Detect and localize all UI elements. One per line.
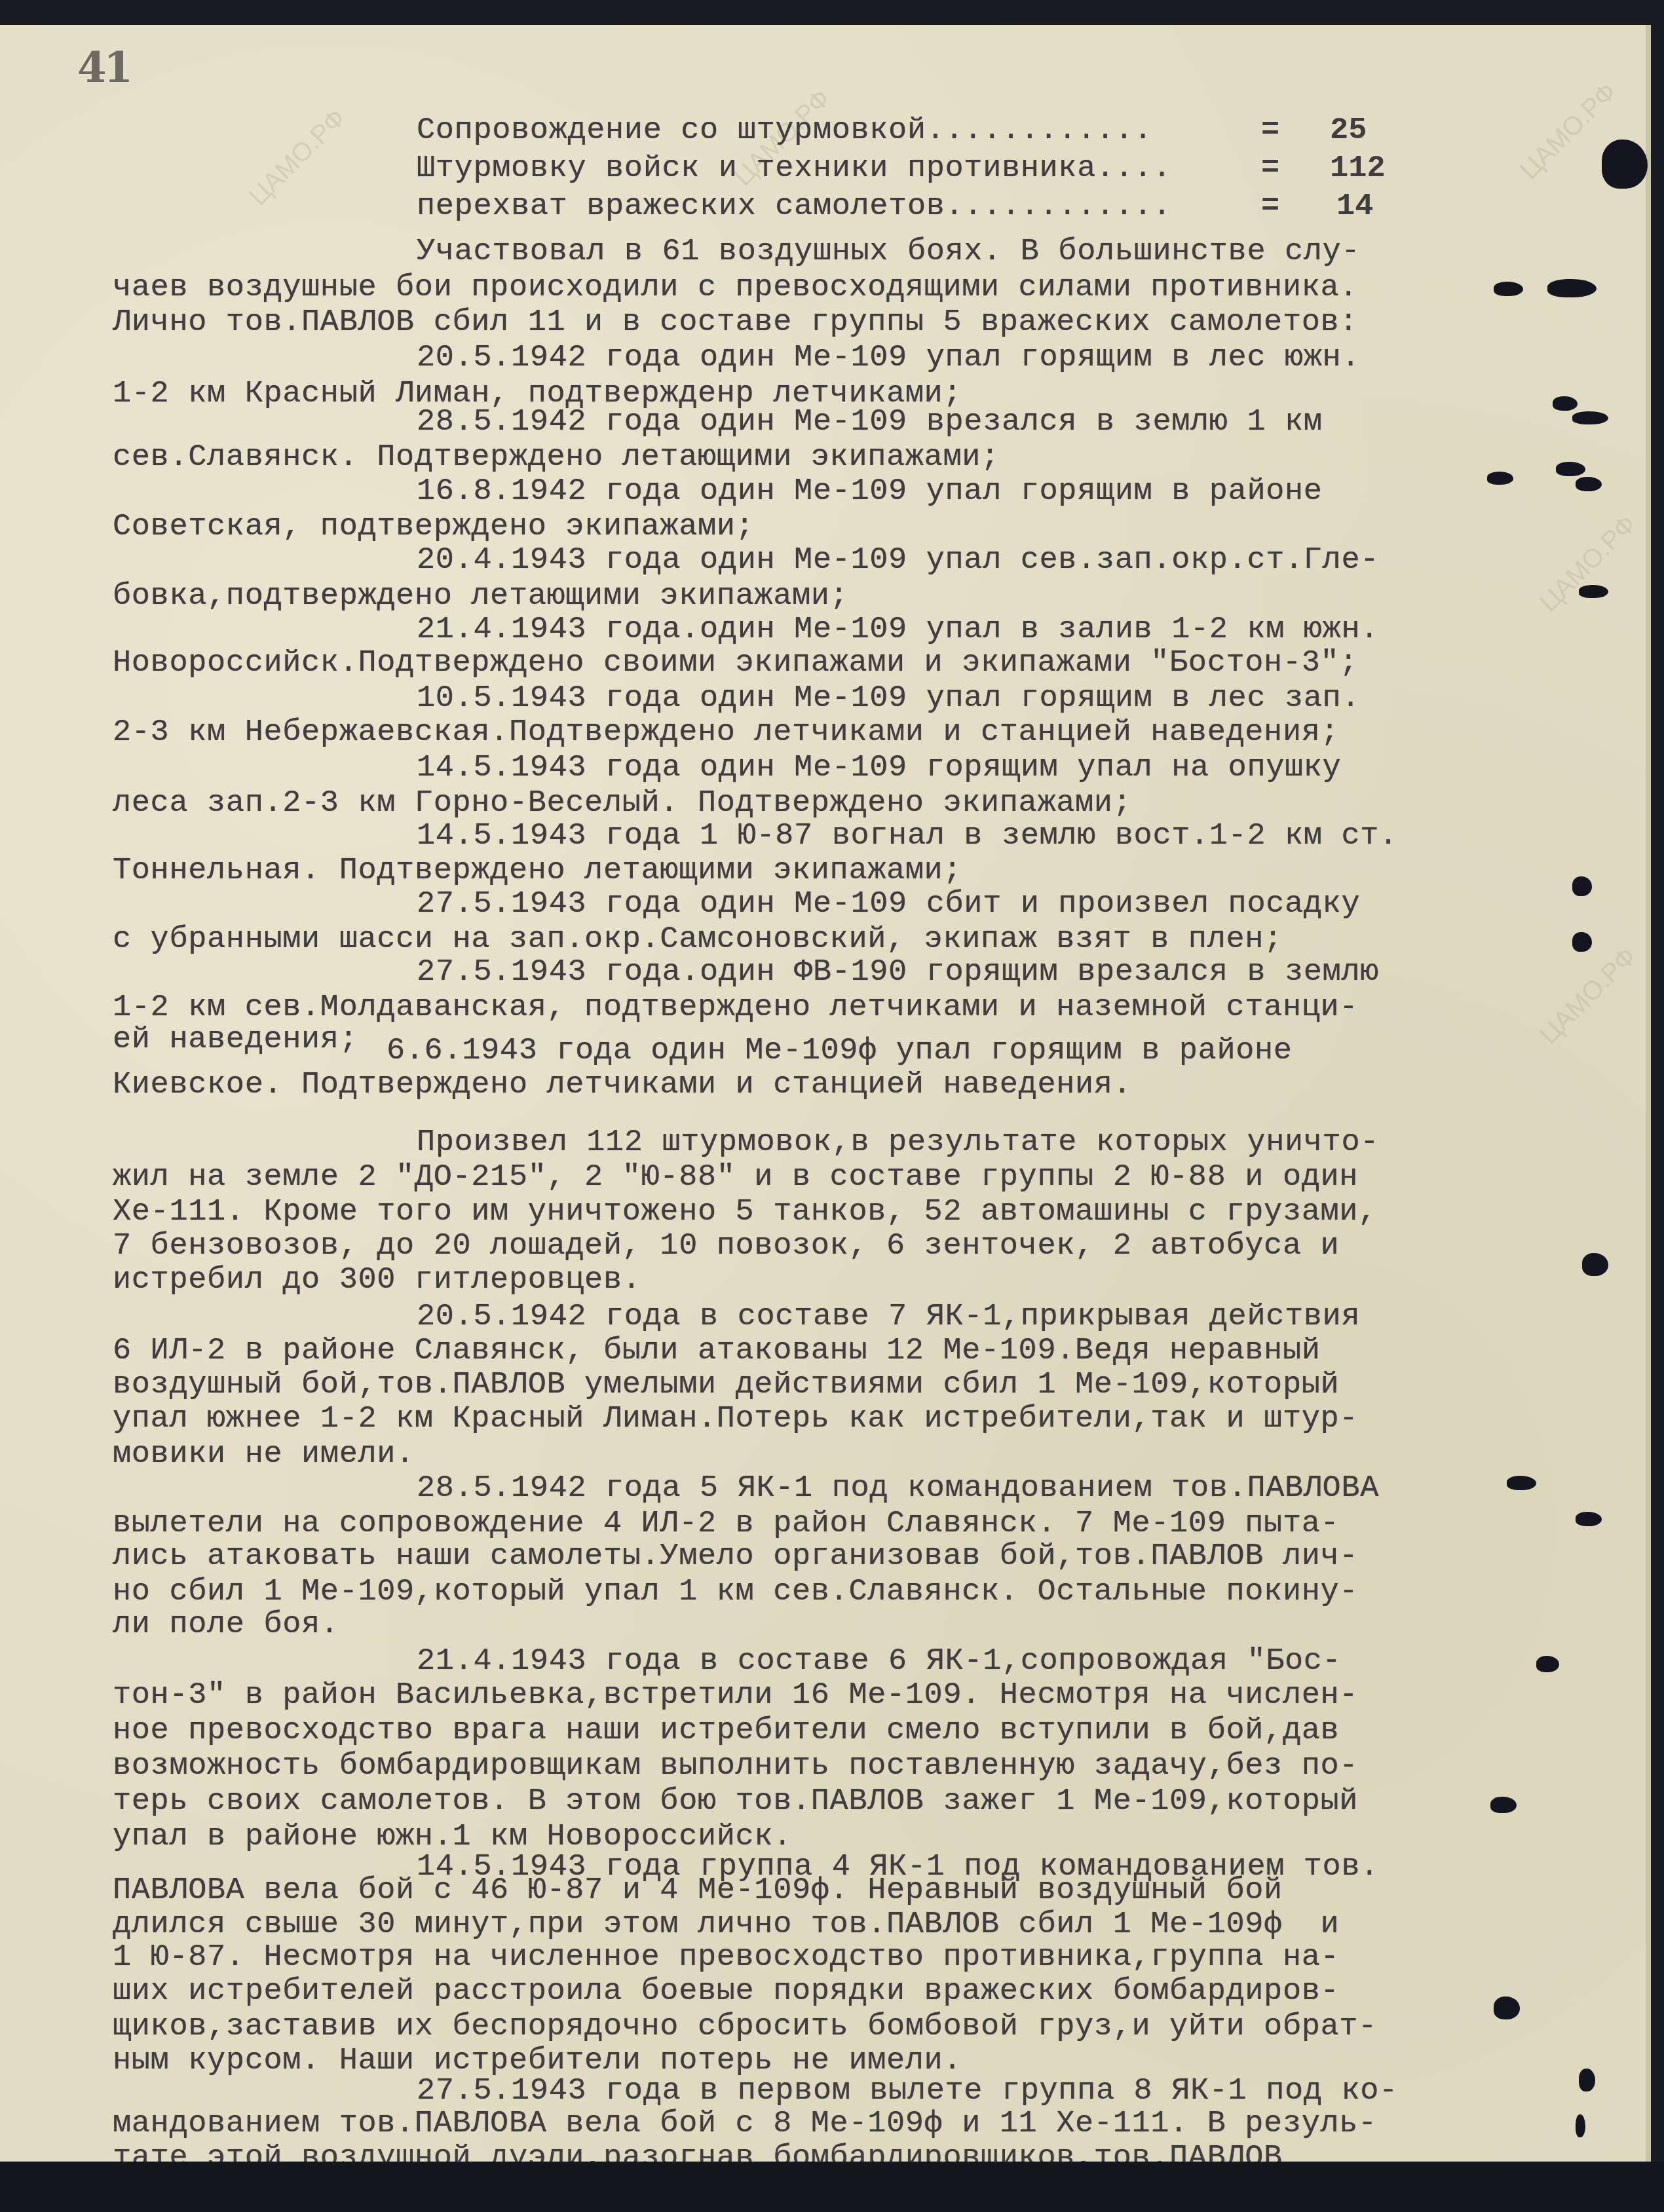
text-line: Хе-111. Кроме того им уничтожено 5 танко… <box>113 1195 1377 1229</box>
text-line: Киевское. Подтверждено летчиками и станц… <box>113 1068 1131 1102</box>
punch-hole <box>1582 1253 1608 1276</box>
text-line: 14.5.1943 года 1 Ю-87 вогнал в землю вос… <box>417 819 1398 853</box>
text-line: 20.4.1943 года один Ме-109 упал сев.зап.… <box>417 543 1379 578</box>
scan-background <box>0 2162 1664 2212</box>
text-line: лись атаковать наши самолеты.Умело орган… <box>113 1539 1358 1574</box>
text-line: щиков,заставив их беспорядочно сбросить … <box>113 2010 1377 2044</box>
page-number: 41 <box>77 43 130 92</box>
text-line: ПАВЛОВА вела бой с 46 Ю-87 и 4 Ме-109ф. … <box>113 1873 1283 1908</box>
punch-hole <box>1507 1476 1536 1490</box>
watermark: ЦАМО.РФ <box>244 103 352 212</box>
text-line: 20.5.1942 года один Ме-109 упал горящим … <box>417 341 1360 375</box>
text-line: 10.5.1943 года один Ме-109 упал горящим … <box>417 681 1360 716</box>
stat-eq: = <box>1261 189 1279 224</box>
text-line: ших истребителей расстроила боевые поряд… <box>113 1974 1339 2009</box>
text-line: истребил до 300 гитлеровцев. <box>113 1263 641 1298</box>
stat-value: 25 <box>1330 113 1367 148</box>
punch-hole <box>1572 876 1592 896</box>
punch-hole <box>1602 140 1648 189</box>
watermark: ЦАМО.РФ <box>1534 510 1642 618</box>
document-page: 41 ЦАМО.РФ ЦАМО.РФ ЦАМО.РФ ЦАМО.РФ ЦАМО.… <box>0 25 1651 2173</box>
text-line: упал южнее 1-2 км Красный Лиман.Потерь к… <box>113 1402 1358 1436</box>
text-line: Советская, подтверждено экипажами; <box>113 510 754 544</box>
text-line: 27.5.1943 года в первом вылете группа 8 … <box>417 2074 1398 2109</box>
text-line: Новороссийск.Подтверждено своими экипажа… <box>113 646 1358 681</box>
text-line: леса зап.2-3 км Горно-Веселый. Подтвержд… <box>113 786 1131 821</box>
text-line: ли поле боя. <box>113 1607 339 1642</box>
punch-hole <box>1490 1797 1517 1813</box>
stat-label: Штурмовку войск и техники противника.... <box>417 151 1171 186</box>
text-line: Тоннельная. Подтверждено летающими экипа… <box>113 853 962 888</box>
text-line: 14.5.1943 года один Ме-109 горящим упал … <box>417 751 1341 785</box>
text-line: 6.6.1943 года один Ме-109ф упал горящим … <box>387 1034 1293 1068</box>
text-line: чаев воздушные бои происходили с превосх… <box>113 271 1358 305</box>
text-line: воздушный бой,тов.ПАВЛОВ умелыми действи… <box>113 1368 1339 1402</box>
stat-eq: = <box>1261 113 1279 148</box>
text-line: 16.8.1942 года один Ме-109 упал горящим … <box>417 474 1323 509</box>
text-line: 28.5.1942 года один Ме-109 врезался в зе… <box>417 405 1323 440</box>
text-line: вылетели на сопровождение 4 ИЛ-2 в район… <box>113 1507 1339 1541</box>
text-line: Произвел 112 штурмовок,в результате кото… <box>417 1125 1379 1160</box>
punch-hole <box>1547 279 1597 297</box>
text-line: 2-3 км Небержаевская.Подтверждено летчик… <box>113 715 1339 750</box>
text-line: с убранными шасси на зап.окр.Самсоновски… <box>113 922 1283 957</box>
punch-hole <box>1579 2069 1595 2091</box>
stat-value: 14 <box>1336 189 1373 224</box>
text-line: мандованием тов.ПАВЛОВА вела бой с 8 Ме-… <box>113 2107 1377 2141</box>
stat-eq: = <box>1261 151 1279 186</box>
punch-hole <box>1576 2114 1585 2137</box>
punch-hole <box>1572 411 1608 424</box>
text-line: мовики не имели. <box>113 1437 415 1472</box>
text-line: тон-3" в район Васильевка,встретили 16 М… <box>113 1678 1358 1713</box>
text-line: Лично тов.ПАВЛОВ сбил 11 и в составе гру… <box>113 305 1358 340</box>
text-line: 6 ИЛ-2 в районе Славянск, были атакованы… <box>113 1334 1321 1368</box>
punch-hole <box>1576 477 1602 491</box>
text-line: 28.5.1942 года 5 ЯК-1 под командованием … <box>417 1471 1379 1506</box>
text-line: жил на земле 2 "ДО-215", 2 "Ю-88" и в со… <box>113 1160 1358 1195</box>
stat-value: 112 <box>1330 151 1386 186</box>
punch-hole <box>1536 1656 1559 1672</box>
text-line: 27.5.1943 года один Ме-109 сбит и произв… <box>417 887 1360 922</box>
text-line: 1-2 км сев.Молдаванская, подтверждено ле… <box>113 990 1358 1025</box>
text-line: 21.4.1943 года.один Ме-109 упал в залив … <box>417 612 1379 647</box>
text-line: возможность бомбардировщикам выполнить п… <box>113 1749 1358 1784</box>
punch-hole <box>1494 282 1523 296</box>
punch-hole <box>1556 462 1585 476</box>
text-line: но сбил 1 Ме-109,который упал 1 км сев.С… <box>113 1575 1358 1609</box>
punch-hole <box>1579 585 1608 598</box>
watermark: ЦАМО.РФ <box>1534 942 1642 1050</box>
text-line: 1 Ю-87. Несмотря на численное превосходс… <box>113 1940 1339 1975</box>
punch-hole <box>1553 396 1578 411</box>
punch-hole <box>1576 1512 1602 1526</box>
text-line: терь своих самолетов. В этом бою тов.ПАВ… <box>113 1784 1358 1819</box>
text-line: бовка,подтверждено летающими экипажами; <box>113 579 848 614</box>
text-line: длился свыше 30 минут,при этом лично тов… <box>113 1907 1339 1942</box>
text-line: ей наведения; <box>113 1022 358 1057</box>
text-line: 21.4.1943 года в составе 6 ЯК-1,сопровож… <box>417 1644 1341 1679</box>
text-line: ное превосходство врага наши истребители… <box>113 1714 1339 1748</box>
punch-hole <box>1572 932 1592 952</box>
punch-hole <box>1494 1996 1520 2019</box>
punch-hole <box>1487 472 1513 485</box>
stat-label: перехват вражеских самолетов............ <box>417 189 1171 224</box>
text-line: 7 бензовозов, до 20 лошадей, 10 повозок,… <box>113 1229 1339 1264</box>
stat-label: Сопровождение со штурмовкой............ <box>417 113 1152 148</box>
text-line: Участвовал в 61 воздушных боях. В больши… <box>417 234 1360 269</box>
text-line: 27.5.1943 года.один ФВ-190 горящим вреза… <box>417 955 1379 990</box>
text-line: 20.5.1942 года в составе 7 ЯК-1,прикрыва… <box>417 1300 1360 1334</box>
text-line: сев.Славянск. Подтверждено летающими эки… <box>113 440 1000 475</box>
